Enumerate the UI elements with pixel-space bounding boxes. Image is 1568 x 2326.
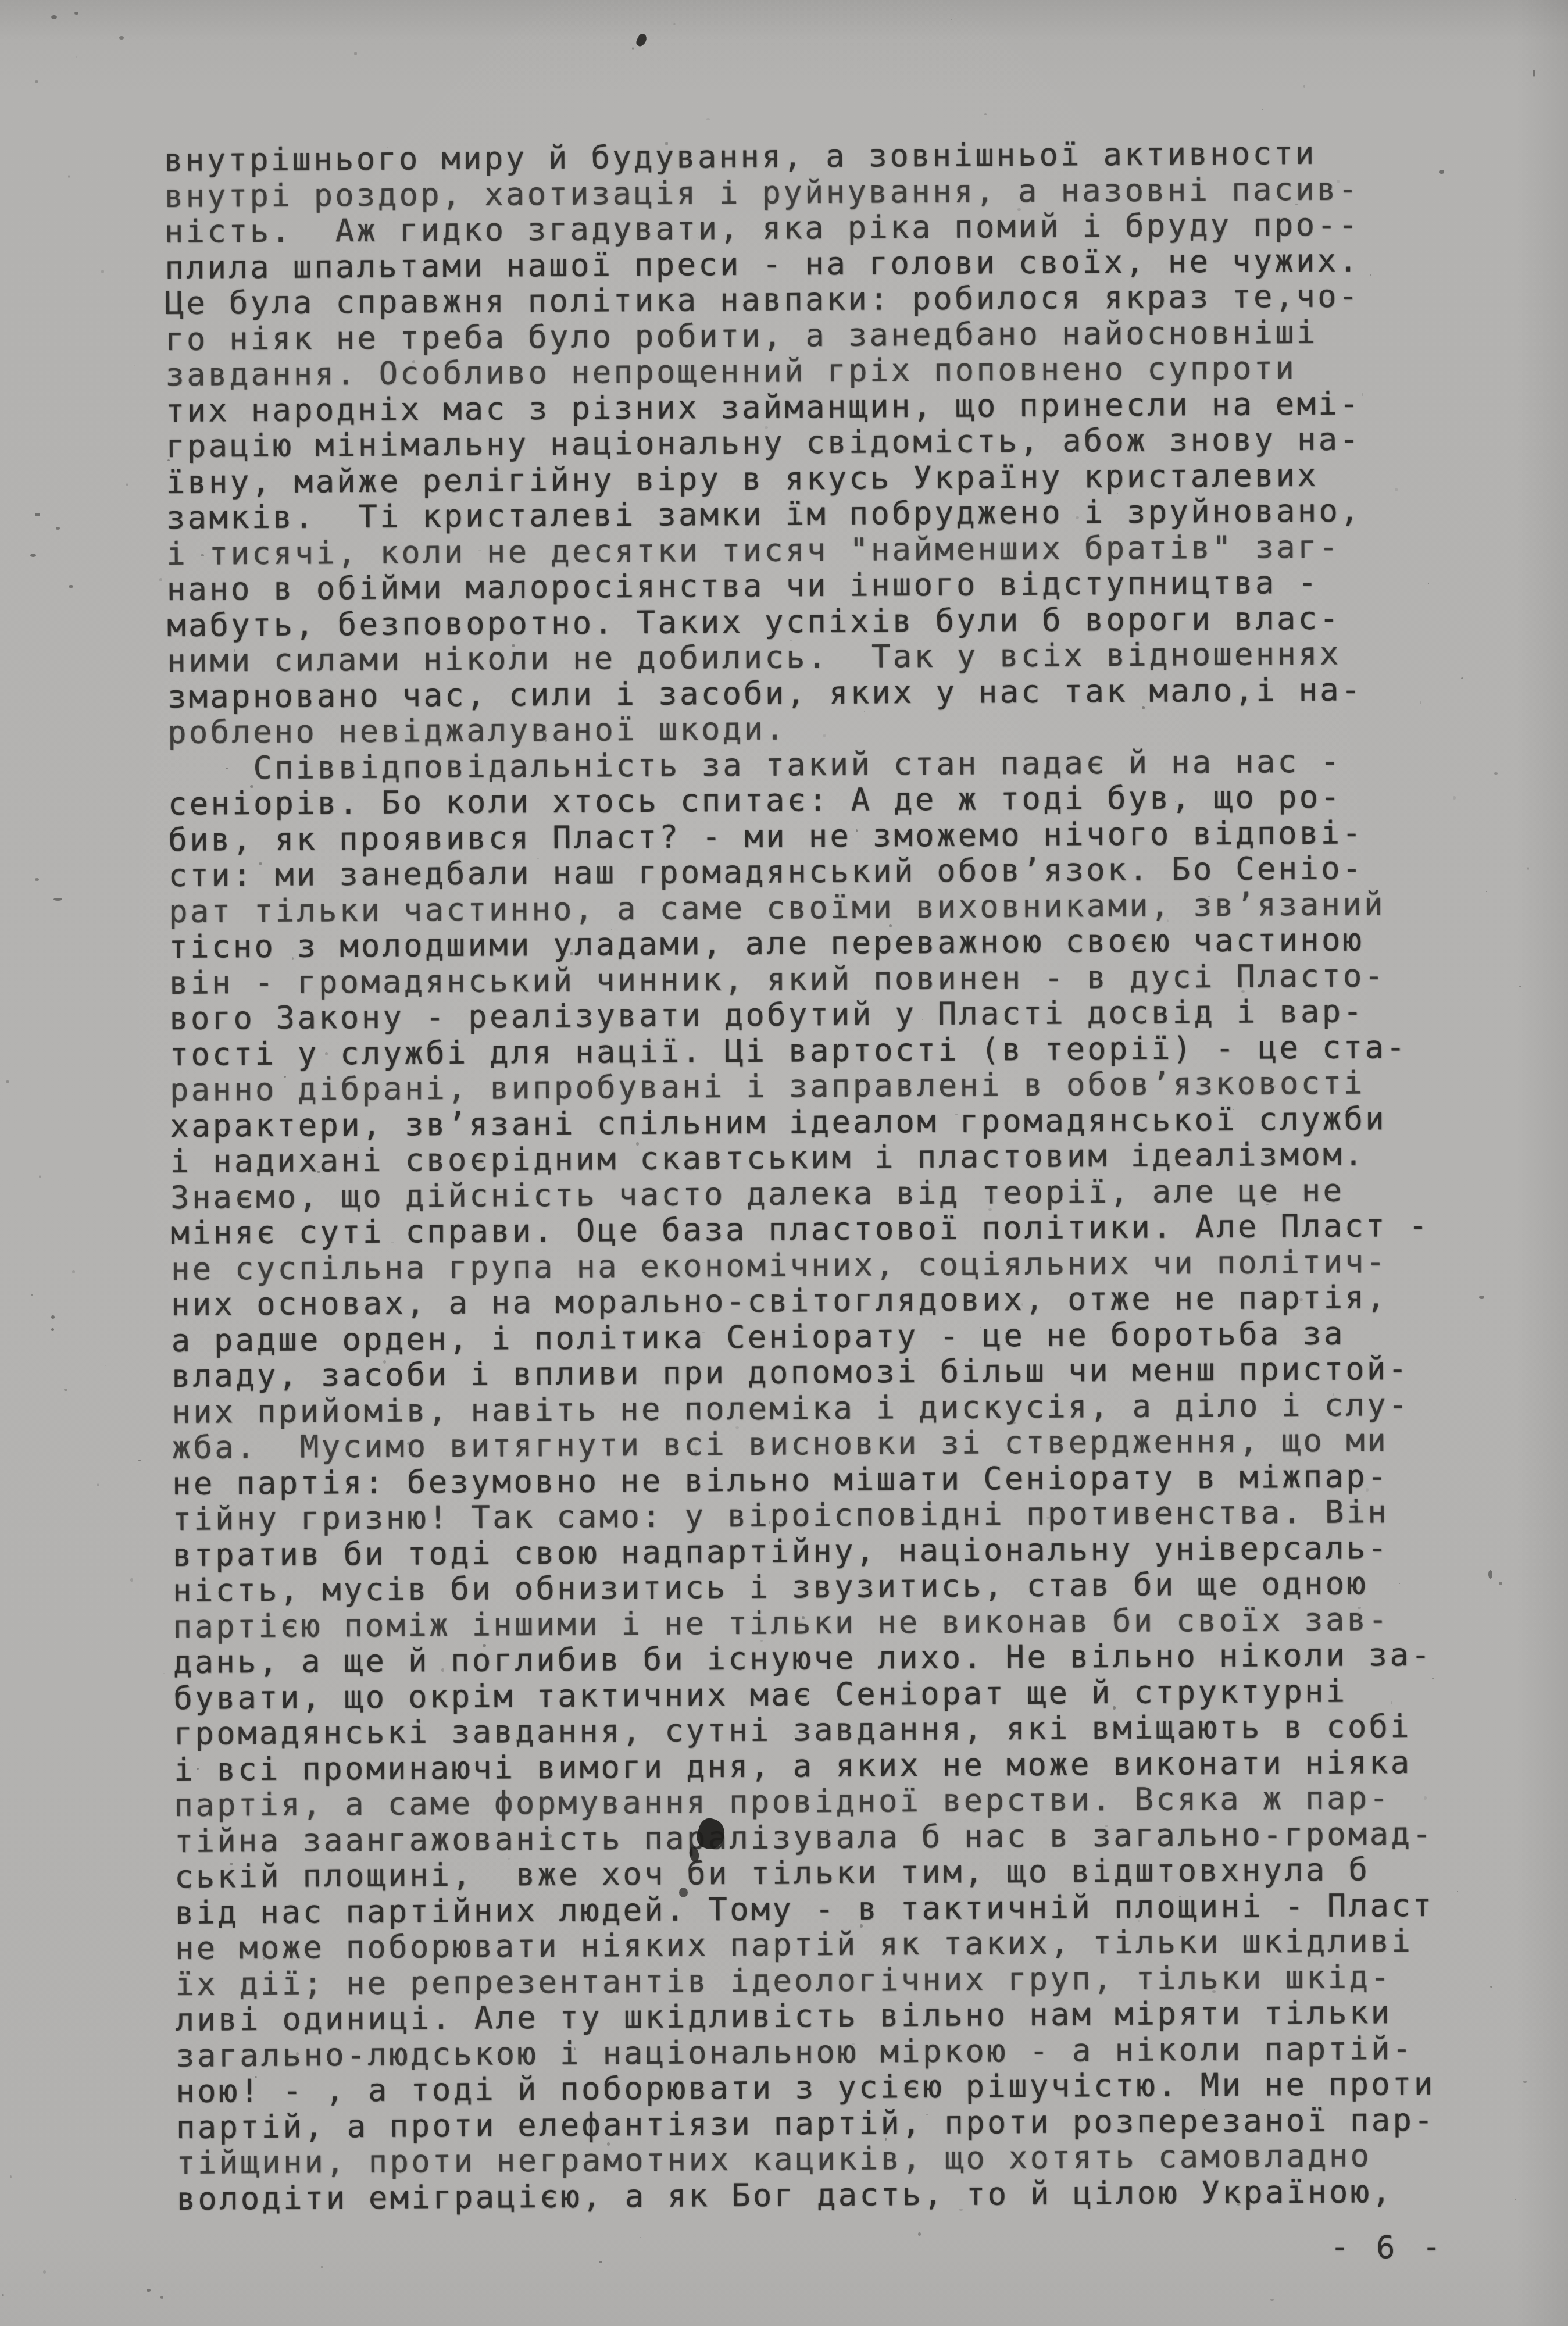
- noise-speck: [1515, 2199, 1516, 2200]
- noise-speck: [76, 56, 77, 58]
- noise-speck: [673, 23, 676, 25]
- noise-speck: [706, 118, 710, 120]
- noise-speck: [138, 1460, 141, 1461]
- noise-speck: [56, 527, 60, 530]
- text-line: партією поміж іншими і не тільки не вико…: [173, 1600, 1510, 1644]
- noise-speck: [39, 1175, 41, 1178]
- noise-speck: [105, 1365, 106, 1366]
- noise-speck: [101, 270, 104, 273]
- scanned-page: внутрішнього миру й будування, а зовнішн…: [0, 0, 1568, 2326]
- document-text: внутрішнього миру й будування, а зовнішн…: [164, 134, 1514, 2217]
- noise-speck: [1303, 85, 1305, 88]
- scan-edge-shadow: [1516, 0, 1568, 2326]
- noise-speck: [640, 2237, 641, 2238]
- noise-speck: [97, 1483, 99, 1486]
- noise-speck: [321, 2266, 323, 2268]
- noise-speck: [354, 52, 357, 55]
- ink-blot-top: [635, 33, 648, 48]
- noise-speck: [30, 554, 36, 557]
- text-line: Знаємо, що дійсність часто далека від те…: [170, 1171, 1508, 1215]
- noise-speck: [160, 2296, 163, 2299]
- noise-speck: [64, 1389, 67, 1391]
- noise-speck: [130, 1578, 133, 1582]
- noise-speck: [163, 1673, 165, 1674]
- noise-speck: [10, 2175, 12, 2178]
- noise-speck: [1262, 109, 1263, 110]
- noise-speck: [35, 513, 40, 516]
- noise-speck: [74, 12, 78, 15]
- noise-speck: [35, 80, 38, 83]
- noise-speck: [31, 1294, 33, 1296]
- noise-speck: [918, 2232, 921, 2236]
- noise-speck: [1527, 867, 1529, 870]
- noise-speck: [1523, 2081, 1527, 2083]
- noise-speck: [53, 898, 62, 901]
- text-line: рат тільки частинно, а саме своїми вихов…: [169, 885, 1506, 929]
- noise-speck: [134, 365, 135, 366]
- noise-speck: [126, 483, 128, 486]
- noise-speck: [35, 878, 39, 881]
- noise-speck: [68, 175, 70, 178]
- page-number: - 6 -: [1330, 2229, 1445, 2266]
- noise-speck: [69, 585, 73, 588]
- text-line: загально-людською і національною міркою …: [176, 2029, 1513, 2074]
- noise-speck: [951, 19, 952, 20]
- noise-speck: [6, 1080, 9, 1083]
- noise-speck: [119, 36, 124, 40]
- noise-speck: [147, 2289, 151, 2292]
- noise-speck: [1519, 986, 1521, 987]
- noise-speck: [51, 15, 57, 19]
- scan-edge-shadow: [0, 0, 1568, 41]
- noise-speck: [51, 1328, 54, 1331]
- noise-speck: [1533, 70, 1535, 77]
- noise-speck: [51, 1315, 55, 1319]
- noise-speck: [159, 578, 162, 581]
- noise-speck: [72, 1270, 75, 1273]
- noise-speck: [599, 2261, 602, 2263]
- noise-speck: [2, 2294, 4, 2296]
- noise-speck: [984, 113, 987, 115]
- noise-speck: [43, 2270, 46, 2274]
- noise-speck: [632, 47, 634, 50]
- noise-speck: [1270, 2299, 1274, 2301]
